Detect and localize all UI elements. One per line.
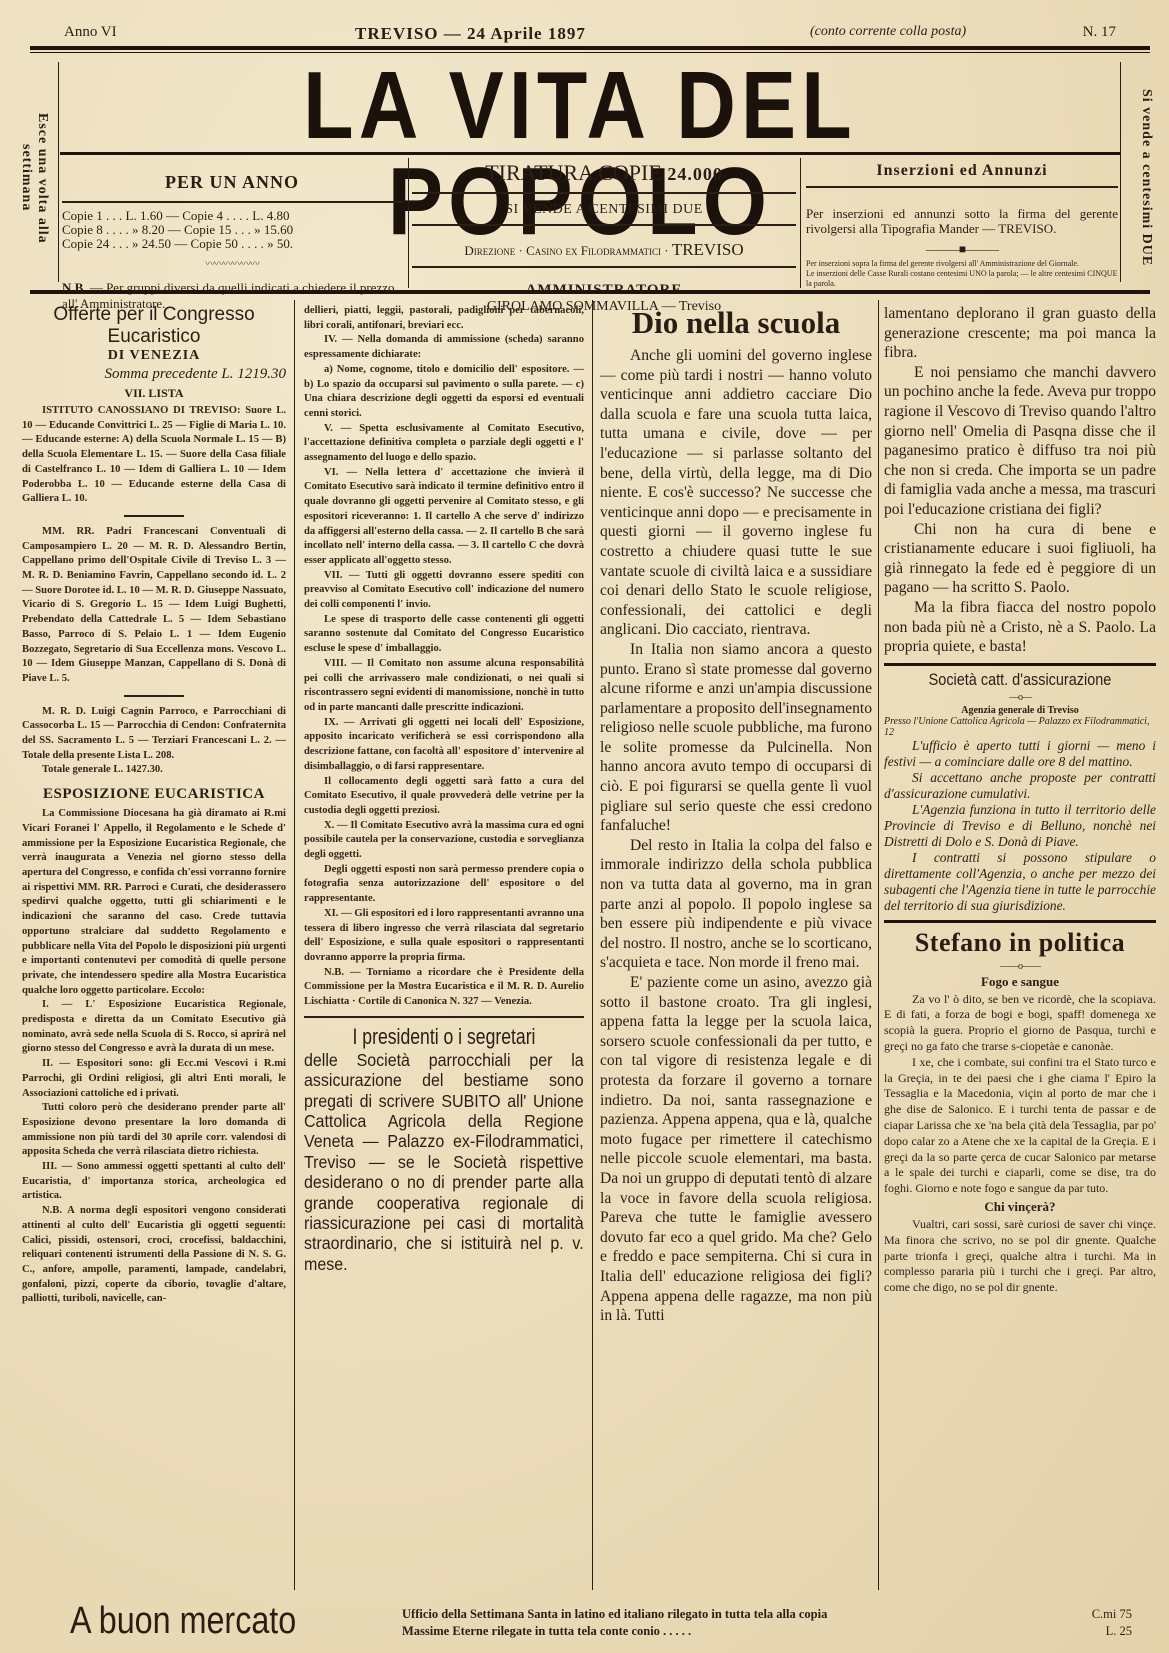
- paragraph: VII. — Tutti gli oggetti dovranno essere…: [304, 569, 584, 613]
- paragraph: L'ufficio è aperto tutti i giorni — meno…: [884, 738, 1156, 770]
- article-subtitle: DI VENEZIA: [22, 348, 286, 364]
- section-rule: [30, 290, 1150, 294]
- paragraph: In Italia non siamo ancora a questo punt…: [600, 640, 872, 836]
- subheading: Fogo e sangue: [884, 974, 1156, 990]
- column-dio-nella-scuola: Dio nella scuola Anche gli uomini del go…: [600, 304, 872, 1326]
- direction-line: Direzione · Casino ex Filodrammatici · T…: [412, 240, 796, 260]
- subheading: Chi vinçerà?: [884, 1199, 1156, 1215]
- footer-offers: Ufficio della Settimana Santa in latino …: [402, 1606, 1132, 1640]
- paragraph: X. — Il Comitato Esecutivo avrà la massi…: [304, 819, 584, 863]
- ornament: ——o——: [884, 961, 1156, 972]
- notice-body: delle Società parrocchiali per la assicu…: [304, 1050, 584, 1274]
- dash-ornament: ———■———: [806, 242, 1118, 257]
- column-right: lamentano deplorano il gran guasto della…: [884, 304, 1156, 1296]
- grand-total: Totale generale L. 1427.30.: [22, 763, 286, 778]
- place-date: TREVISO — 24 Aprile 1897: [355, 24, 586, 44]
- rule: [884, 920, 1156, 923]
- price-row: Copie 1 . . . L. 1.60 — Copie 4 . . . . …: [62, 209, 402, 223]
- advertising-small-2: Le inserzioni delle Casse Rurali costano…: [806, 269, 1118, 289]
- separator: [124, 515, 184, 517]
- masthead-right-border: [1120, 62, 1121, 282]
- paragraph: Tutti coloro però che desiderano prender…: [22, 1101, 286, 1160]
- header-rule: [30, 46, 1150, 50]
- paragraph: III. — Sono ammessi oggetti spettanti al…: [22, 1160, 286, 1204]
- paragraph: E' paziente come un asino, avezzo già so…: [600, 973, 872, 1326]
- year-of-publication: Anno VI: [64, 24, 117, 41]
- direction-city: TREVISO: [672, 240, 744, 259]
- paragraph: V. — Spetta esclusivamente al Comitato E…: [304, 422, 584, 466]
- column-divider: [294, 300, 295, 1590]
- paragraph: II. — Espositori sono: gli Ecc.mi Vescov…: [22, 1057, 286, 1101]
- price-row: Copie 24 . . . » 24.50 — Copie 50 . . . …: [62, 237, 402, 251]
- circulation-number: 24.000: [667, 164, 723, 184]
- rule: [412, 192, 796, 194]
- separator: [124, 695, 184, 697]
- side-note-left: Esce una volta alla settimana: [24, 78, 50, 278]
- column-regolamento: dellieri, piatti, leggii, pastorali, pad…: [304, 304, 584, 1274]
- circulation-label: TIRATURA COPIE: [485, 160, 662, 185]
- paragraph: Vualtri, cari sossi, sarè curiosi de sav…: [884, 1217, 1156, 1296]
- rule: [412, 224, 796, 226]
- masthead-rule: [60, 152, 1120, 155]
- paragraph: Chi non ha cura di bene e cristianamente…: [884, 520, 1156, 598]
- advertising-body: Per inserzioni ed annunzi sotto la firma…: [806, 206, 1118, 236]
- advertising-small-1: Per inserzioni sopra la firma del gerent…: [806, 259, 1118, 269]
- paragraph: N.B. A norma degli espositori vengono co…: [22, 1204, 286, 1307]
- paragraph: Il collocamento degli oggetti sarà fatto…: [304, 775, 584, 819]
- circulation-line: TIRATURA COPIE 24.000: [412, 160, 796, 186]
- paragraph: VIII. — Il Comitato non assume alcuna re…: [304, 657, 584, 716]
- paragraph: La Commissione Diocesana ha già diramato…: [22, 807, 286, 998]
- paragraph: XI. — Gli espositori ed i loro rappresen…: [304, 907, 584, 966]
- previous-sum: Somma precedente L. 1219.30: [22, 366, 286, 383]
- list-heading: VII. LISTA: [22, 386, 286, 401]
- section-heading: ESPOSIZIONE EUCARISTICA: [22, 786, 286, 803]
- column-offerte: Offerte per il Congresso Eucaristico DI …: [22, 304, 286, 1307]
- rule: [412, 266, 796, 268]
- wavy-ornament: 〰〰〰〰〰〰: [62, 255, 402, 270]
- column-divider: [592, 300, 593, 1590]
- article-title: Offerte per il Congresso Eucaristico: [22, 304, 286, 348]
- paragraph: Si accettano anche proposte per contratt…: [884, 770, 1156, 802]
- agency-heading: Agenzia generale di Treviso: [884, 705, 1156, 716]
- notice-title: I presidenti o i segretari: [332, 1024, 556, 1050]
- masthead-left-border: [58, 62, 59, 282]
- offer-text: Ufficio della Settimana Santa in latino …: [402, 1607, 827, 1621]
- paragraph: MM. RR. Padri Francescani Conventuali di…: [22, 525, 286, 687]
- paragraph: Del resto in Italia la colpa del falso e…: [600, 836, 872, 973]
- paragraph: N.B. — Torniamo a ricordare che è Presid…: [304, 966, 584, 1010]
- agency-address: Presso l'Unione Cattolica Agricola — Pal…: [884, 716, 1156, 738]
- rule: [884, 663, 1156, 666]
- paragraph: IX. — Arrivati gli oggetti nei locali de…: [304, 716, 584, 775]
- issue-number: N. 17: [1083, 24, 1116, 41]
- section-title: Società catt. d'assicurazione: [904, 670, 1135, 690]
- paragraph: I contratti si possono stipulare o diret…: [884, 850, 1156, 914]
- paragraph: Le spese di trasporto delle casse conten…: [304, 613, 584, 657]
- offer-price: L. 25: [1106, 1623, 1132, 1640]
- paragraph: Ma la fibra fiacca del nostro popolo non…: [884, 598, 1156, 657]
- paragraph: L'Agenzia funziona in tutto il territori…: [884, 802, 1156, 850]
- subscription-title: PER UN ANNO: [62, 172, 402, 193]
- advertising-box: Inserzioni ed Annunzi Per inserzioni ed …: [806, 158, 1118, 289]
- subscription-rule: [62, 201, 402, 203]
- paragraph: M. R. D. Luigi Cagnin Parroco, e Parrocc…: [22, 705, 286, 764]
- divider: [408, 158, 409, 288]
- paragraph: Anche gli uomini del governo inglese — c…: [600, 346, 872, 640]
- article-title: Stefano in politica: [884, 927, 1156, 959]
- price-line: SI VENDE A CENTESIMI DUE: [412, 202, 796, 218]
- footer-headline: A buon mercato: [70, 1600, 296, 1643]
- paragraph: VI. — Nella lettera d' accettazione che …: [304, 466, 584, 569]
- offer-text: Massime Eterne rilegate in tutta tela co…: [402, 1624, 691, 1638]
- offer-row: Ufficio della Settimana Santa in latino …: [402, 1606, 1132, 1623]
- paragraph: lamentano deplorano il gran guasto della…: [884, 304, 1156, 363]
- advertising-title: Inserzioni ed Annunzi: [806, 162, 1118, 180]
- price-row: Copie 8 . . . . » 8.20 — Copie 15 . . . …: [62, 223, 402, 237]
- paragraph: Za vo l' ò dito, se ben ve ricordè, che …: [884, 992, 1156, 1055]
- paragraph: ISTITUTO CANOSSIANO DI TREVISO: Suore L.…: [22, 404, 286, 507]
- ornament: —o—: [884, 692, 1156, 703]
- divider: [800, 158, 801, 288]
- paragraph: E noi pensiamo che manchi davvero un poc…: [884, 363, 1156, 520]
- paragraph: I xe, che i combate, sui confini tra el …: [884, 1055, 1156, 1197]
- paragraph: a) Nome, cognome, titolo e domicilio del…: [304, 363, 584, 422]
- paragraph: dellieri, piatti, leggii, pastorali, pad…: [304, 304, 584, 333]
- postal-note: (conto corrente colla posta): [810, 24, 966, 40]
- offer-row: Massime Eterne rilegate in tutta tela co…: [402, 1623, 1132, 1640]
- paragraph: I. — L' Esposizione Eucaristica Regional…: [22, 998, 286, 1057]
- paragraph: Degli oggetti esposti non sarà permesso …: [304, 863, 584, 907]
- offer-price: C.mi 75: [1092, 1606, 1132, 1623]
- article-title: Dio nella scuola: [600, 304, 872, 342]
- subscription-box: PER UN ANNO Copie 1 . . . L. 1.60 — Copi…: [62, 158, 402, 312]
- rule: [304, 1016, 584, 1018]
- direction-address: Direzione · Casino ex Filodrammatici ·: [464, 243, 668, 258]
- column-divider: [878, 300, 879, 1590]
- top-info-line: Anno VI TREVISO — 24 Aprile 1897 (conto …: [60, 22, 1120, 44]
- paragraph: IV. — Nella domanda di ammissione (sched…: [304, 333, 584, 362]
- rule: [806, 186, 1118, 188]
- side-note-right: Si vende a centesimi DUE: [1128, 78, 1154, 278]
